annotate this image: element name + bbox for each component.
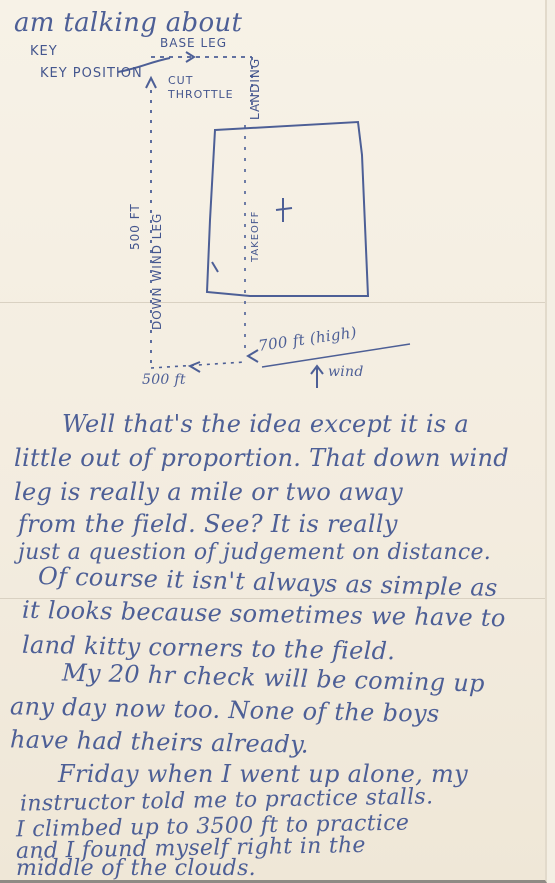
letter-line: little out of proportion. That down wind — [14, 444, 509, 472]
letter-line: from the field. See? It is really — [18, 510, 398, 538]
letter-line: leg is really a mile or two away — [14, 478, 403, 506]
label-downwind-leg: DOWN WIND LEG — [150, 213, 164, 330]
label-key: KEY — [30, 44, 58, 59]
label-wind: wind — [328, 364, 364, 380]
label-landing: LANDING — [248, 58, 262, 120]
letter-line: My 20 hr check will be coming up — [62, 658, 485, 697]
label-key-position: KEY POSITION — [40, 66, 143, 81]
letter-line: it looks because sometimes we have to — [22, 596, 506, 632]
label-500ft-downwind: 500 FT — [128, 203, 142, 250]
label-500ft-turn: 500 ft — [142, 372, 186, 388]
letter-line: middle of the clouds. — [16, 856, 256, 881]
letter-line: Friday when I went up alone, my — [58, 760, 468, 788]
letter-line: any day now too. None of the boys — [10, 692, 440, 727]
letter-line: just a question of judgement on distance… — [18, 540, 491, 565]
letter-page: am talking about — [0, 0, 547, 883]
label-takeoff: TAKEOFF — [250, 211, 261, 262]
letter-line: Of course it isn't always as simple as — [38, 562, 498, 602]
letter-line: have had theirs already. — [10, 725, 309, 758]
label-cut-throttle: CUT THROTTLE — [168, 74, 238, 102]
label-base-leg: BASE LEG — [160, 36, 227, 50]
letter-line: Well that's the idea except it is a — [62, 410, 469, 438]
